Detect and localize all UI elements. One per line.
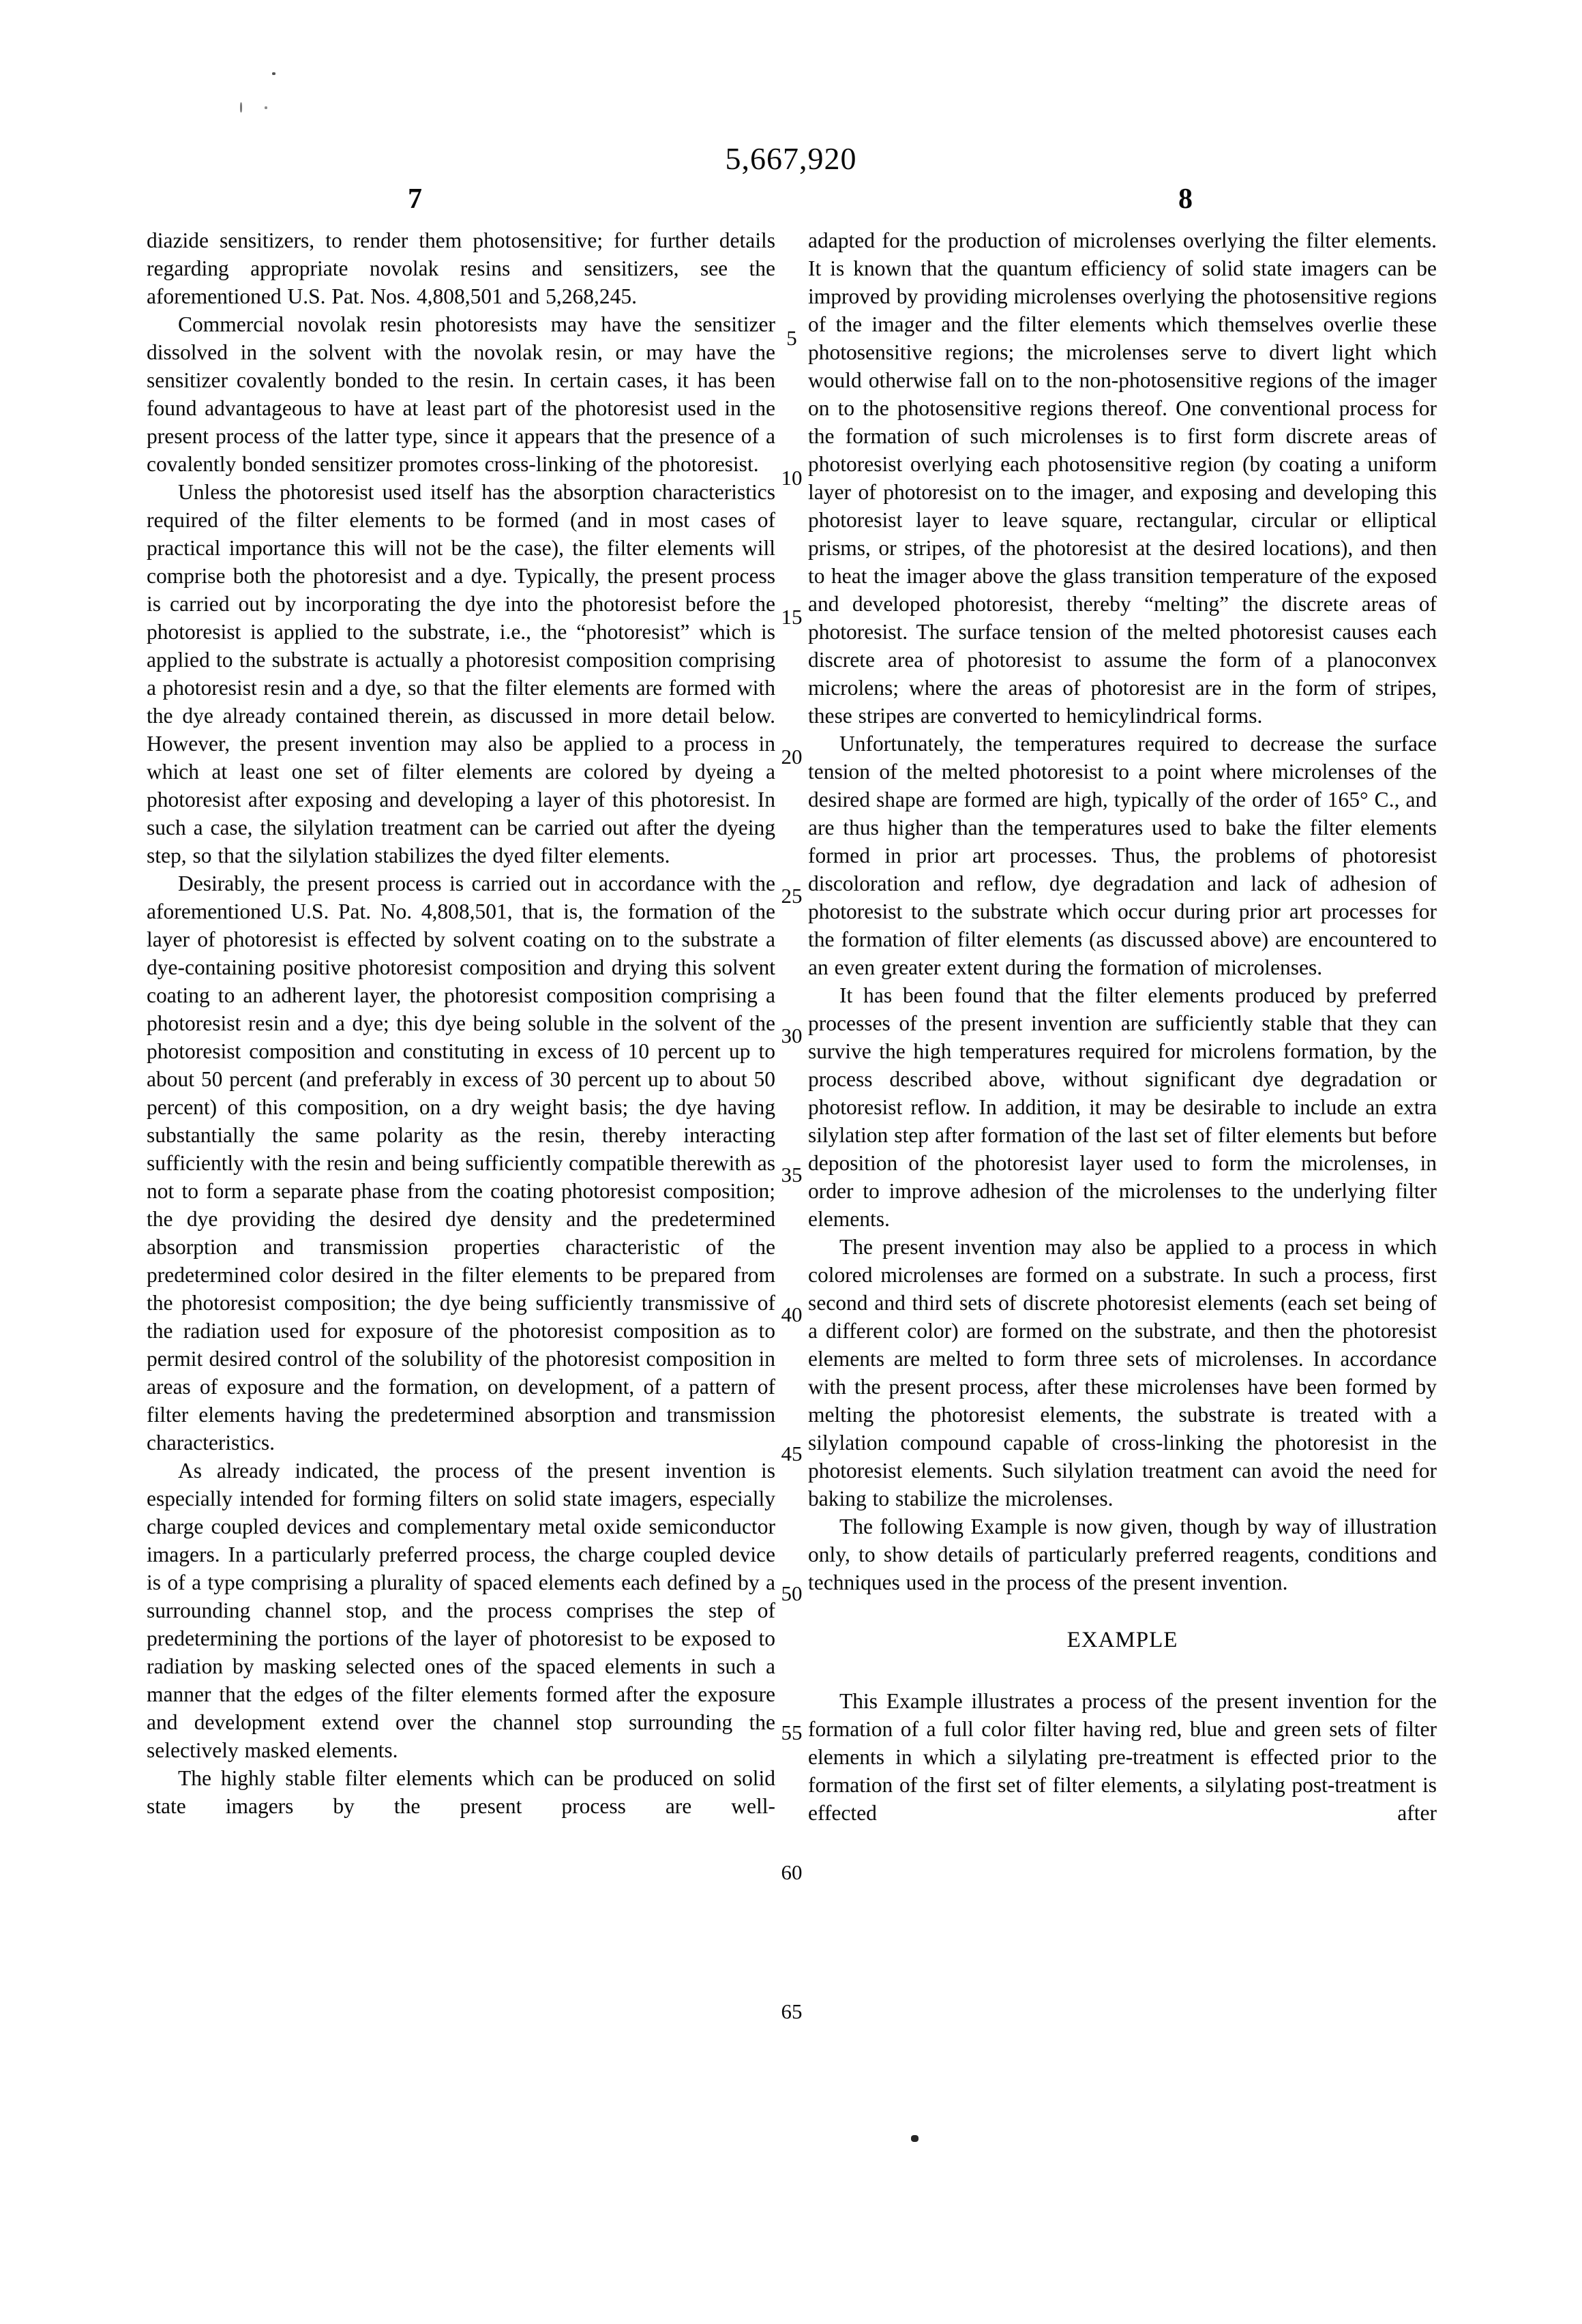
paragraph: Unfortunately, the temperatures required… xyxy=(808,730,1437,981)
line-number: 60 xyxy=(764,1860,820,1885)
scan-speck xyxy=(265,106,267,109)
paragraph: adapted for the production of microlense… xyxy=(808,226,1437,730)
left-column-page-number: 7 xyxy=(408,183,422,215)
paragraph: As already indicated, the process of the… xyxy=(147,1457,775,1764)
left-column-text: diazide sensitizers, to render them phot… xyxy=(147,226,775,1820)
paragraph: Desirably, the present process is carrie… xyxy=(147,869,775,1457)
paragraph: It has been found that the filter elemen… xyxy=(808,981,1437,1233)
scan-speck xyxy=(240,102,242,113)
paragraph: Commercial novolak resin photoresists ma… xyxy=(147,310,775,478)
section-heading: EXAMPLE xyxy=(808,1628,1437,1653)
scan-speck xyxy=(911,2135,919,2142)
right-column-text: adapted for the production of microlense… xyxy=(808,226,1437,1827)
paragraph: The present invention may also be applie… xyxy=(808,1233,1437,1513)
line-number: 65 xyxy=(764,1999,820,2024)
scan-speck xyxy=(272,72,275,75)
paragraph: The highly stable filter elements which … xyxy=(147,1764,775,1820)
patent-page: 5,667,920 7 8 diazide sensitizers, to re… xyxy=(0,0,1582,2324)
paragraph: This Example illustrates a process of th… xyxy=(808,1687,1437,1827)
paragraph: Unless the photoresist used itself has t… xyxy=(147,478,775,869)
paragraph: diazide sensitizers, to render them phot… xyxy=(147,226,775,310)
paragraph: The following Example is now given, thou… xyxy=(808,1513,1437,1596)
right-column-page-number: 8 xyxy=(1178,183,1193,215)
